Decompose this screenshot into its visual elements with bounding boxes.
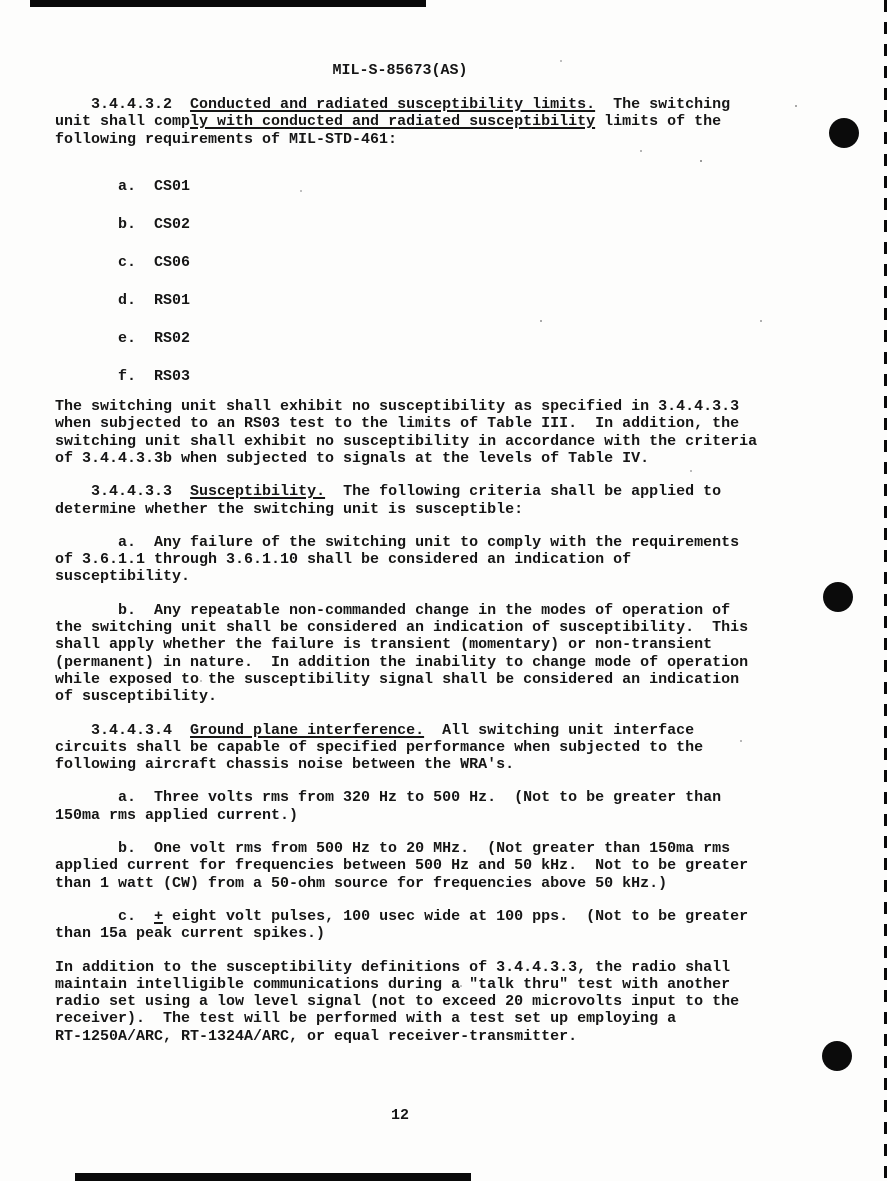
section-heading-underlined: Ground plane interference. bbox=[190, 722, 424, 739]
list-item-letter: a. bbox=[118, 178, 154, 195]
list-item-letter: e. bbox=[118, 330, 154, 347]
section-number: 3.4.4.3.4 bbox=[55, 722, 190, 739]
paragraph-text: c. bbox=[55, 908, 154, 925]
section-number: 3.4.4.3.2 bbox=[55, 96, 190, 113]
scan-noise-specks bbox=[0, 0, 2, 2]
section-number: 3.4.4.3.3 bbox=[55, 483, 190, 500]
subparagraph-b-change: b. Any repeatable non-commanded change i… bbox=[55, 602, 777, 706]
subparagraph-a-three-volts: a. Three volts rms from 320 Hz to 500 Hz… bbox=[55, 789, 777, 824]
punch-hole-dot bbox=[822, 1041, 852, 1071]
list-item-code: RS03 bbox=[154, 368, 190, 385]
subparagraph-a-failure: a. Any failure of the switching unit to … bbox=[55, 534, 777, 586]
list-item-letter: c. bbox=[118, 254, 154, 271]
document-id-header: MIL-S-85673(AS) bbox=[55, 62, 745, 79]
scanned-document-page: MIL-S-85673(AS) 3.4.4.3.2 Conducted and … bbox=[0, 0, 887, 1181]
document-body: 3.4.4.3.2 Conducted and radiated suscept… bbox=[55, 96, 777, 1045]
scan-underline-artifact: ly with conducted and radiated susceptib… bbox=[190, 113, 595, 130]
list-item-code: CS01 bbox=[154, 178, 190, 195]
list-item-code: CS06 bbox=[154, 254, 190, 271]
list-item-code: RS01 bbox=[154, 292, 190, 309]
list-item-code: CS02 bbox=[154, 216, 190, 233]
list-item: b.CS02 bbox=[55, 216, 777, 233]
list-item-letter: b. bbox=[118, 216, 154, 233]
scan-edge-bar-bottom bbox=[75, 1173, 471, 1181]
list-item-letter: d. bbox=[118, 292, 154, 309]
paragraph-3-4-4-3-4: 3.4.4.3.4 Ground plane interference. All… bbox=[55, 722, 777, 774]
list-item: e.RS02 bbox=[55, 330, 777, 347]
scan-edge-bar-top bbox=[30, 0, 426, 7]
list-item-letter: f. bbox=[118, 368, 154, 385]
list-item-code: RS02 bbox=[154, 330, 190, 347]
plus-minus-sign: + bbox=[154, 908, 163, 925]
section-heading-underlined: Conducted and radiated susceptibility li… bbox=[190, 96, 595, 113]
page-number: 12 bbox=[55, 1107, 745, 1124]
subparagraph-c-pulses: c. + eight volt pulses, 100 usec wide at… bbox=[55, 908, 777, 943]
paragraph-3-4-4-3-2: 3.4.4.3.2 Conducted and radiated suscept… bbox=[55, 96, 777, 148]
list-item: d.RS01 bbox=[55, 292, 777, 309]
paragraph-talk-thru: In addition to the susceptibility defini… bbox=[55, 959, 777, 1045]
paragraph-3-4-4-3-3: 3.4.4.3.3 Susceptibility. The following … bbox=[55, 483, 777, 518]
list-item: a.CS01 bbox=[55, 178, 777, 195]
punch-hole-dot bbox=[829, 118, 859, 148]
list-item: c.CS06 bbox=[55, 254, 777, 271]
section-heading-underlined: Susceptibility. bbox=[190, 483, 325, 500]
mil-std-461-requirement-list: a.CS01 b.CS02 c.CS06 d.RS01 e.RS02 f.RS0… bbox=[55, 178, 777, 385]
list-item: f.RS03 bbox=[55, 368, 777, 385]
subparagraph-b-one-volt: b. One volt rms from 500 Hz to 20 MHz. (… bbox=[55, 840, 777, 892]
punch-hole-dot bbox=[823, 582, 853, 612]
paragraph-no-susceptibility: The switching unit shall exhibit no susc… bbox=[55, 398, 777, 467]
